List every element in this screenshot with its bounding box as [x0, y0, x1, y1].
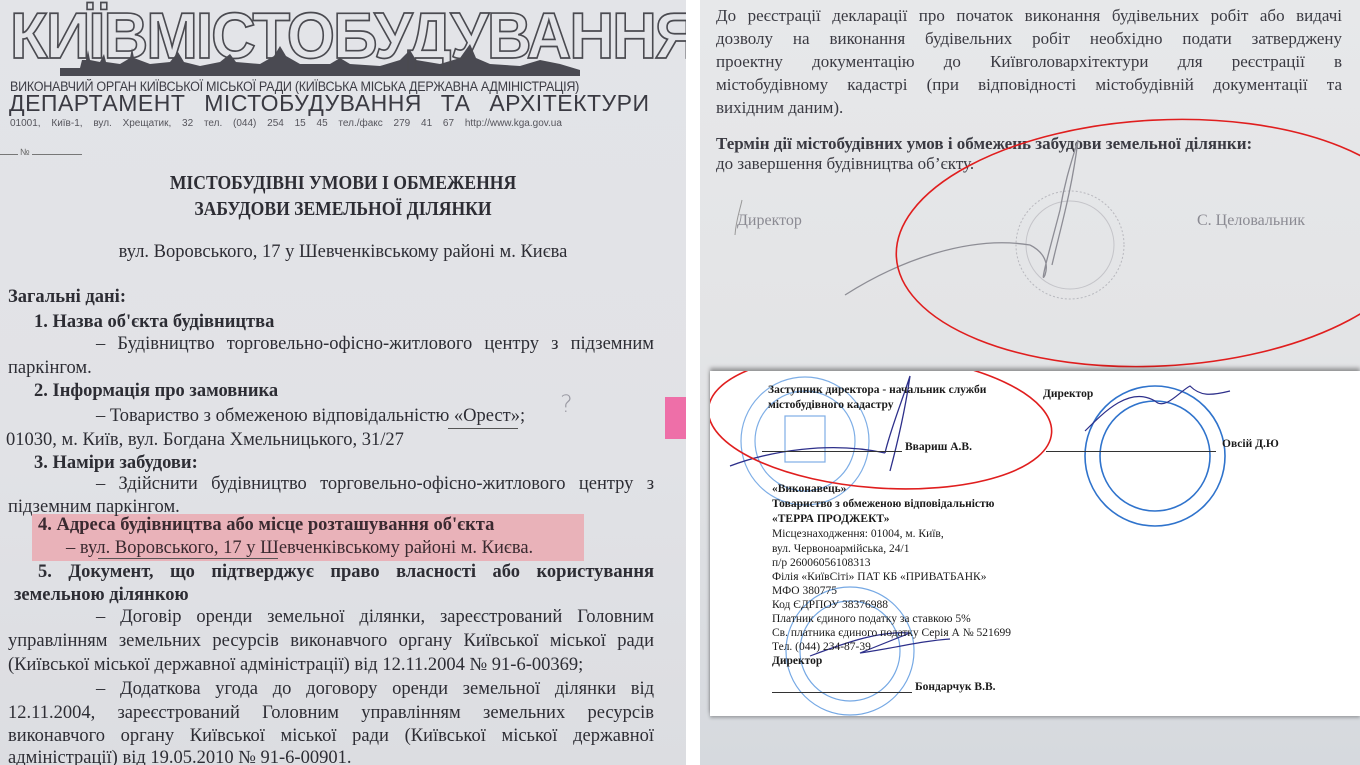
company-detail: МФО 380775: [772, 585, 837, 597]
document-title-line1: МІСТОБУДІВНІ УМОВИ І ОБМЕЖЕННЯ: [41, 172, 645, 195]
deputy-director-title: Заступник директора - начальник служби: [768, 384, 986, 396]
company-detail: Св. платника єдиного податку Серія А № 5…: [772, 627, 1011, 639]
contractor-director-name: Бондарчук В.В.: [915, 681, 995, 693]
signer-title: Директор: [737, 212, 802, 230]
company-detail: Тел. (044) 234-87-39: [772, 641, 871, 653]
paragraph-line: містобудівному кадастрі (при відповіднос…: [716, 75, 1342, 95]
paragraph-line: вихідним даним).: [716, 98, 843, 118]
section-2-heading: 2. Інформація про замовника: [34, 381, 278, 402]
section-5-line: адміністрації) від 19.05.2010 № 91-6-009…: [8, 748, 351, 765]
deputy-director-name: Ввариш А.В.: [905, 441, 972, 453]
section-5-heading-cont: земельною ділянкою: [14, 585, 189, 606]
section-5-line: (Київської міської державної адміністрац…: [8, 655, 583, 676]
contract-signature-insert: Заступник директора - начальник служби м…: [710, 371, 1360, 716]
document-number-field: №: [0, 147, 82, 157]
letterhead-logo: КИЇВМІСТОБУДУВАННЯ: [10, 0, 590, 75]
department-line: ДЕПАРТАМЕНТ МІСТОБУДУВАННЯ ТА АРХІТЕКТУР…: [9, 90, 650, 117]
document-address: вул. Воровського, 17 у Шевченківському р…: [0, 242, 686, 263]
left-document-page: КИЇВМІСТОБУДУВАННЯ ВИКОНАВЧИЙ ОРГАН КИЇВ…: [0, 0, 686, 765]
contacts-line: 01001, Київ-1, вул. Хрещатик, 32 тел. (0…: [10, 118, 562, 129]
underline-mark: [98, 558, 278, 559]
section-1-heading: 1. Назва об'єкта будівництва: [34, 312, 274, 333]
signature-line: [1046, 451, 1216, 452]
handwritten-question-mark: ?: [560, 390, 573, 418]
section-5-line: управлінням земельних ресурсів виконавчо…: [8, 631, 654, 652]
company-name-line2: «ТЕРРА ПРОДЖЕКТ»: [772, 513, 890, 525]
company-detail: Код ЄДРПОУ 38376988: [772, 599, 888, 611]
company-name-line1: Товариство з обмеженою відповідальністю: [772, 498, 994, 510]
company-detail: Місцезнаходження: 01004, м. Київ,: [772, 528, 944, 540]
section-3-heading: 3. Наміри забудови:: [34, 453, 198, 474]
section-5-line: – Договір оренди земельної ділянки, заре…: [96, 607, 654, 628]
section-5-line: 12.11.2004, зареєстрований Головним упра…: [8, 703, 654, 724]
paragraph-line: дозволу на виконання будівельних робіт н…: [716, 29, 1342, 49]
section-5-line: виконавчого органу Київської міської рад…: [8, 726, 654, 747]
page-divider: [686, 0, 700, 765]
company-detail: Платник єдиного податку за ставкою 5%: [772, 613, 971, 625]
contractor-director-title: Директор: [772, 655, 822, 667]
company-detail: вул. Червоноармійська, 24/1: [772, 543, 909, 555]
logo-wordmark: КИЇВМІСТОБУДУВАННЯ: [10, 0, 686, 74]
director-name: Овсій Д.Ю: [1222, 438, 1279, 450]
signature-line: [762, 451, 902, 452]
signer-name: С. Целовальник: [1197, 212, 1305, 230]
underline-mark: [448, 428, 518, 429]
contractor-label: «Виконавець»: [772, 483, 846, 495]
director-title: Директор: [1043, 388, 1093, 400]
section-2-line: 01030, м. Київ, вул. Богдана Хмельницько…: [6, 430, 404, 451]
signature-line: [772, 692, 912, 693]
section-2-line: – Товариство з обмеженою відповідальніст…: [96, 406, 525, 427]
section-5-heading: 5. Документ, що підтверджує право власно…: [38, 562, 654, 583]
company-detail: Філія «КиївСіті» ПАТ КБ «ПРИВАТБАНК»: [772, 571, 986, 583]
section-5-line: – Додаткова угода до договору оренди зем…: [96, 679, 654, 700]
company-detail: п/р 26006056108313: [772, 557, 870, 569]
section-3-line: – Здійснити будівництво торговельно-офіс…: [96, 474, 654, 495]
term-value: до завершення будівництва об’єкту.: [716, 154, 974, 174]
deputy-director-title-cont: містобудівного кадастру: [768, 399, 894, 411]
section-4-line: – вул. Воровського, 17 у Шевченківському…: [66, 538, 533, 559]
paragraph-line: До реєстрації декларації про початок вик…: [716, 6, 1342, 26]
paragraph-line: проектну документацію до Київголовархіте…: [716, 52, 1342, 72]
section-1-line: паркінгом.: [8, 358, 92, 379]
section-4-heading: 4. Адреса будівництва або місце розташув…: [38, 515, 494, 536]
general-heading: Загальні дані:: [8, 287, 126, 308]
document-title-line2: ЗАБУДОВИ ЗЕМЕЛЬНОЇ ДІЛЯНКИ: [41, 198, 645, 221]
term-heading: Термін дії містобудівних умов і обмежень…: [716, 134, 1252, 154]
section-1-line: – Будівництво торговельно-офісно-житлово…: [96, 334, 654, 355]
pink-sticky-tab: [665, 397, 686, 439]
